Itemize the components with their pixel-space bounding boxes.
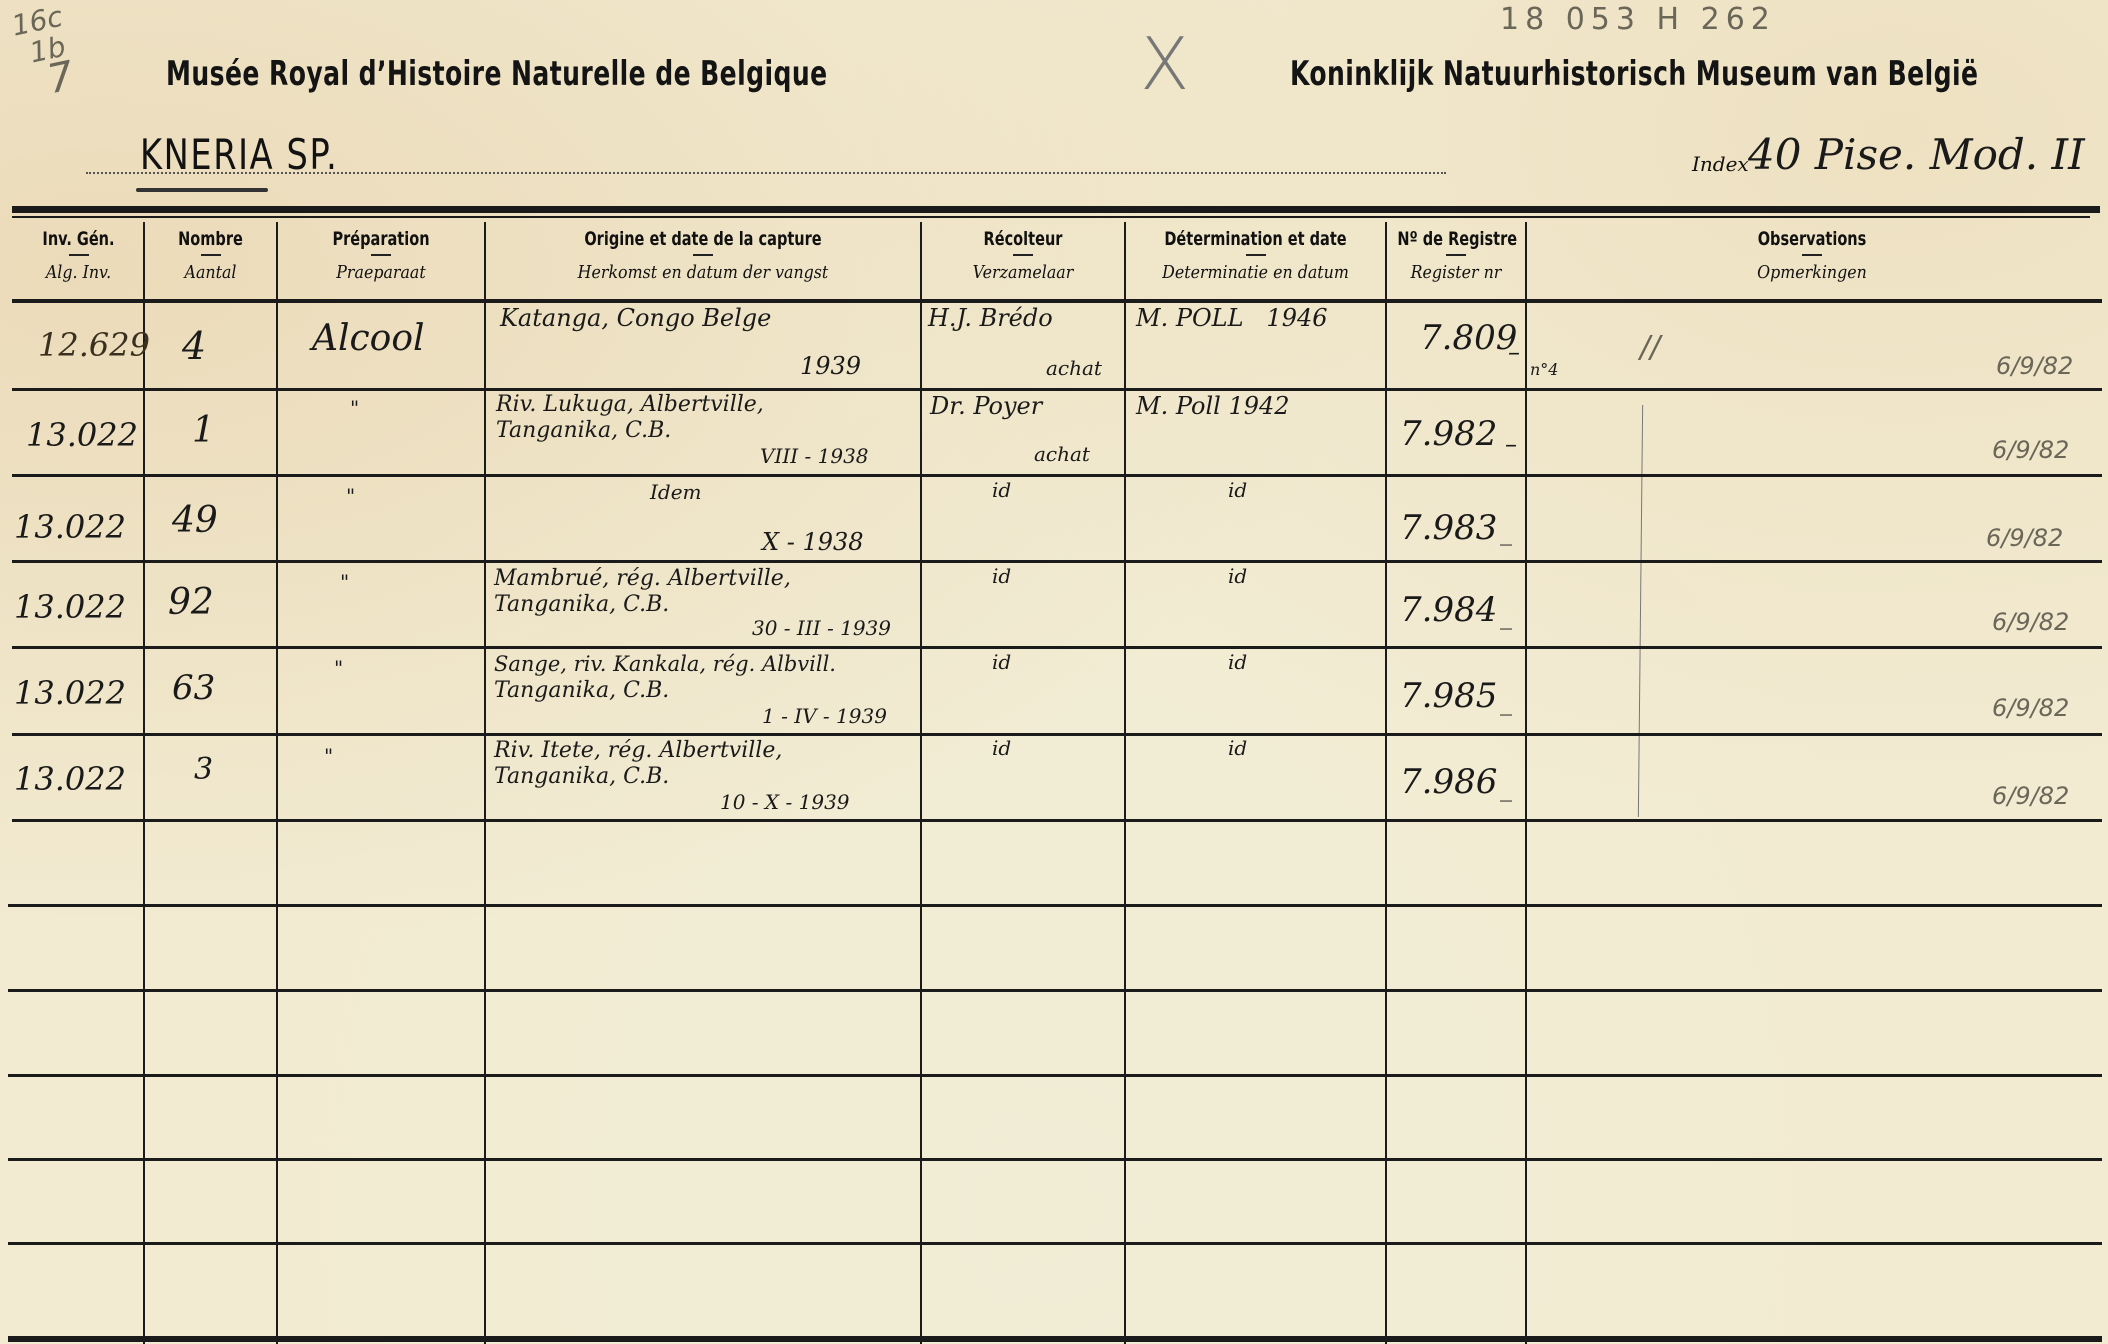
cell-preparation: " <box>340 570 349 594</box>
header-dash <box>693 254 713 256</box>
cell-recolteur: id <box>992 564 1011 588</box>
top-rule-thin <box>12 216 2090 218</box>
cell-determination: id <box>1228 736 1247 760</box>
title-dutch: Koninklijk Natuurhistorisch Museum van B… <box>1290 54 1978 94</box>
cell-registre-suffix: _ <box>1500 688 1512 716</box>
cell-nombre: 92 <box>168 582 214 623</box>
cell-determination: M. Poll 1942 <box>1136 392 1290 420</box>
margin-note: 16c 1b 7 <box>9 2 78 101</box>
cell-origine-line2: Tanganika, C.B. <box>496 418 671 443</box>
cell-origine-date: 1 - IV - 1939 <box>762 704 887 728</box>
cell-registre-suffix: _ <box>1500 518 1512 546</box>
cell-inv: 13.022 <box>14 760 126 798</box>
cell-origine-line1: Riv. Itete, rég. Albertville, <box>494 738 782 763</box>
cell-registre: 7.986 <box>1400 762 1497 802</box>
cell-determination: id <box>1228 650 1247 674</box>
cell-recolteur-note: achat <box>1046 356 1102 380</box>
cell-preparation: " <box>346 484 355 508</box>
cell-registre: 7.984 <box>1400 590 1497 630</box>
cell-registre: 7.809 <box>1420 318 1517 358</box>
header-nombre-nl: Aantal <box>153 262 268 283</box>
header-inv: Inv. Gén. Alg. Inv. <box>14 228 143 298</box>
cell-origine-date: 30 - III - 1939 <box>752 616 891 640</box>
header-origine-nl: Herkomst en datum der vangst <box>512 262 894 283</box>
cell-origine-line2: Tanganika, C.B. <box>494 678 669 703</box>
header-dash <box>1246 254 1266 256</box>
header-nombre-fr: Nombre <box>155 228 266 250</box>
header-preparation-nl: Praeparaat <box>290 262 471 283</box>
accession-note: 18 053 H 262 <box>1500 2 1776 37</box>
cell-observations-date: 6/9/82 <box>1992 436 2069 464</box>
header-recolteur: Récolteur Verzamelaar <box>922 228 1124 298</box>
cell-origine-line1: Sange, riv. Kankala, rég. Albvill. <box>494 652 836 676</box>
catalog-card: 16c 1b 7 18 053 H 262 X Musée Royal d’Hi… <box>0 0 2108 1344</box>
row-divider <box>8 904 2102 907</box>
cell-origine-date: 10 - X - 1939 <box>720 790 850 814</box>
cell-nombre: 1 <box>192 410 215 451</box>
header-dash <box>1013 254 1033 256</box>
cell-nombre: 4 <box>182 324 206 368</box>
species-name: KNERIA SP. <box>140 130 338 179</box>
cell-registre: 7.982 <box>1400 414 1497 454</box>
cell-origine-date: 1939 <box>800 352 861 380</box>
cell-origine-line1: Mambrué, rég. Albertville, <box>494 566 791 591</box>
header-observations: Observations Opmerkingen <box>1527 228 2097 298</box>
species-underline <box>136 188 268 192</box>
cell-nombre: 3 <box>194 752 213 787</box>
cell-nombre: 63 <box>172 668 215 708</box>
cell-origine-line2: Tanganika, C.B. <box>494 764 669 789</box>
index-value: 40 Pise. Mod. II <box>1748 130 2085 179</box>
cell-origine-date: VIII - 1938 <box>760 444 869 468</box>
cell-observations-date: 6/9/82 <box>1996 352 2073 380</box>
cell-recolteur-note: achat <box>1034 442 1090 466</box>
cell-registre-suffix: _ <box>1500 602 1512 630</box>
cell-registre-suffix: _ <box>1500 774 1512 802</box>
header-registre: Nº de Registre Register nr <box>1387 228 1525 298</box>
cell-observations-mark: // <box>1640 330 1660 365</box>
row-divider <box>8 1242 2102 1245</box>
header-recolteur-fr: Récolteur <box>937 228 1109 250</box>
cell-determination: id <box>1228 564 1247 588</box>
cell-recolteur: id <box>992 650 1011 674</box>
cell-observations-date: 6/9/82 <box>1992 694 2069 722</box>
header-nombre: Nombre Aantal <box>145 228 276 298</box>
row-divider <box>8 989 2102 992</box>
cell-determination: id <box>1228 478 1247 502</box>
cell-recolteur: id <box>992 478 1011 502</box>
cell-registre: 7.983 <box>1400 508 1497 548</box>
header-preparation-fr: Préparation <box>293 228 468 250</box>
cell-origine-line1: Idem <box>650 480 702 504</box>
cell-determination: M. POLL 1946 <box>1136 304 1328 332</box>
cell-origine-date: X - 1938 <box>762 528 864 556</box>
header-determination: Détermination et date Determinatie en da… <box>1126 228 1385 298</box>
margin-note-line3: 7 <box>45 60 78 95</box>
header-observations-fr: Observations <box>1570 228 2055 250</box>
header-dash <box>371 254 391 256</box>
cell-origine-line2: Tanganika, C.B. <box>494 592 669 617</box>
cell-inv: 13.022 <box>14 674 126 712</box>
header-dash <box>69 254 89 256</box>
pencil-mark-line <box>1638 405 1643 817</box>
header-determination-nl: Determinatie en datum <box>1142 262 1370 283</box>
top-rule-thick <box>12 206 2100 213</box>
title-french: Musée Royal d’Histoire Naturelle de Belg… <box>166 54 828 94</box>
row-divider <box>12 733 2102 736</box>
header-inv-fr: Inv. Gén. <box>24 228 134 250</box>
cell-recolteur: Dr. Poyer <box>930 392 1042 420</box>
header-registre-nl: Register nr <box>1395 262 1516 283</box>
cell-origine-line1: Katanga, Congo Belge <box>500 304 771 332</box>
cell-observations-date: 6/9/82 <box>1992 782 2069 810</box>
cell-origine-line1: Riv. Lukuga, Albertville, <box>496 392 764 417</box>
header-registre-fr: Nº de Registre <box>1397 228 1514 250</box>
cell-nombre: 49 <box>172 500 218 541</box>
header-recolteur-nl: Verzamelaar <box>934 262 1112 283</box>
cell-observations-note: n°4 <box>1530 360 1558 379</box>
header-origine-fr: Origine et date de la capture <box>519 228 888 250</box>
header-determination-fr: Détermination et date <box>1145 228 1365 250</box>
cell-inv: 13.022 <box>26 416 138 454</box>
row-divider <box>12 646 2102 649</box>
cross-mark: X <box>1140 22 1189 106</box>
cell-registre-suffix: – <box>1508 338 1520 366</box>
cell-preparation: " <box>350 396 359 420</box>
row-divider <box>8 1074 2102 1077</box>
cell-preparation: " <box>324 744 333 768</box>
cell-inv: 13.022 <box>14 588 126 626</box>
cell-observations-date: 6/9/82 <box>1986 524 2063 552</box>
header-inv-nl: Alg. Inv. <box>22 262 136 283</box>
cell-registre: 7.985 <box>1400 676 1497 716</box>
bottom-rule <box>8 1336 2102 1342</box>
cell-preparation: Alcool <box>312 318 425 359</box>
cell-inv: 13.022 <box>14 508 126 546</box>
header-dash <box>1802 254 1822 256</box>
cell-preparation: " <box>334 656 343 680</box>
cell-recolteur: H.J. Brédo <box>928 304 1053 332</box>
row-divider <box>8 1158 2102 1161</box>
row-divider <box>12 474 2102 477</box>
row-divider <box>12 819 2102 822</box>
row-divider <box>12 560 2102 563</box>
cell-recolteur: id <box>992 736 1011 760</box>
cell-inv: 12.629 <box>38 326 150 364</box>
header-observations-nl: Opmerkingen <box>1561 262 2063 283</box>
header-dash <box>1446 254 1466 256</box>
index-label: Index <box>1692 152 1749 176</box>
header-bottom-rule <box>12 299 2102 303</box>
header-origine: Origine et date de la capture Herkomst e… <box>486 228 920 298</box>
row-divider <box>12 388 2102 391</box>
cell-registre-suffix: – <box>1505 430 1517 458</box>
header-preparation: Préparation Praeparaat <box>278 228 484 298</box>
cell-observations-date: 6/9/82 <box>1992 608 2069 636</box>
header-dash <box>201 254 221 256</box>
